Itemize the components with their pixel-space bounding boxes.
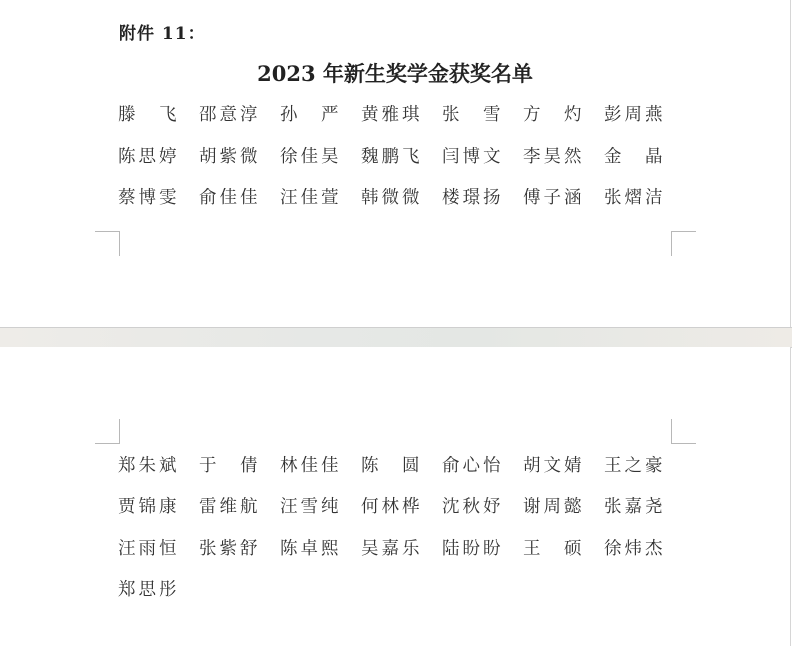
name-row: 郑思彤: [118, 576, 199, 601]
name-row: 蔡博雯 俞佳佳 汪佳萱 韩微微 楼璟扬 傅子涵 张熠洁: [118, 184, 685, 209]
student-name: 王 硕: [523, 535, 604, 560]
student-name: 汪佳萱: [280, 184, 361, 209]
student-name: 俞心怡: [442, 452, 523, 477]
student-name: 沈秋妤: [442, 493, 523, 518]
student-name: 滕 飞: [118, 101, 199, 126]
student-name: 黄雅琪: [361, 101, 442, 126]
student-name: 陈思婷: [118, 143, 199, 168]
student-name: 傅子涵: [523, 184, 604, 209]
student-name: 雷维航: [199, 493, 280, 518]
document-page-1: 附件 11： 2023 年新生奖学金获奖名单 滕 飞 邵意淳 孙 严 黄雅琪 张…: [0, 0, 791, 327]
page-separator: [0, 327, 792, 348]
student-name: 谢周懿: [523, 493, 604, 518]
crop-mark-bottom-left: [95, 231, 120, 256]
student-name: 俞佳佳: [199, 184, 280, 209]
student-name: 魏鹏飞: [361, 143, 442, 168]
student-name: 韩微微: [361, 184, 442, 209]
crop-mark-top-right: [671, 419, 696, 444]
student-name: 方 灼: [523, 101, 604, 126]
name-row: 滕 飞 邵意淳 孙 严 黄雅琪 张 雪 方 灼 彭周燕: [118, 101, 685, 126]
student-name: 胡文婧: [523, 452, 604, 477]
student-name: 陈 圆: [361, 452, 442, 477]
name-row: 郑朱斌 于 倩 林佳佳 陈 圆 俞心怡 胡文婧 王之豪: [118, 452, 685, 477]
name-row: 汪雨恒 张紫舒 陈卓熙 吴嘉乐 陆盼盼 王 硕 徐炜杰: [118, 535, 685, 560]
student-name: 何林桦: [361, 493, 442, 518]
student-name: 林佳佳: [280, 452, 361, 477]
student-name: 张嘉尧: [604, 493, 685, 518]
name-row: 陈思婷 胡紫微 徐佳昊 魏鹏飞 闫博文 李昊然 金 晶: [118, 143, 685, 168]
student-name: 郑思彤: [118, 576, 199, 601]
crop-mark-bottom-right: [671, 231, 696, 256]
student-name: 邵意淳: [199, 101, 280, 126]
student-name: 彭周燕: [604, 101, 685, 126]
student-name: 吴嘉乐: [361, 535, 442, 560]
student-name: 孙 严: [280, 101, 361, 126]
student-name: 于 倩: [199, 452, 280, 477]
student-name: 汪雨恒: [118, 535, 199, 560]
student-name: 闫博文: [442, 143, 523, 168]
document-page-2: 郑朱斌 于 倩 林佳佳 陈 圆 俞心怡 胡文婧 王之豪 贾锦康 雷维航 汪雪纯 …: [0, 347, 791, 646]
student-name: 郑朱斌: [118, 452, 199, 477]
student-name: 贾锦康: [118, 493, 199, 518]
student-name: 胡紫微: [199, 143, 280, 168]
student-name: 徐炜杰: [604, 535, 685, 560]
student-name: 陈卓熙: [280, 535, 361, 560]
student-name: 楼璟扬: [442, 184, 523, 209]
student-name: 张 雪: [442, 101, 523, 126]
student-name: 李昊然: [523, 143, 604, 168]
crop-mark-top-left: [95, 419, 120, 444]
student-name: 王之豪: [604, 452, 685, 477]
student-name: 张熠洁: [604, 184, 685, 209]
document-title: 2023 年新生奖学金获奖名单: [0, 58, 790, 88]
student-name: 张紫舒: [199, 535, 280, 560]
attachment-label: 附件 11：: [119, 19, 206, 44]
student-name: 蔡博雯: [118, 184, 199, 209]
name-row: 贾锦康 雷维航 汪雪纯 何林桦 沈秋妤 谢周懿 张嘉尧: [118, 493, 685, 518]
student-name: 陆盼盼: [442, 535, 523, 560]
student-name: 徐佳昊: [280, 143, 361, 168]
student-name: 金 晶: [604, 143, 685, 168]
student-name: 汪雪纯: [280, 493, 361, 518]
